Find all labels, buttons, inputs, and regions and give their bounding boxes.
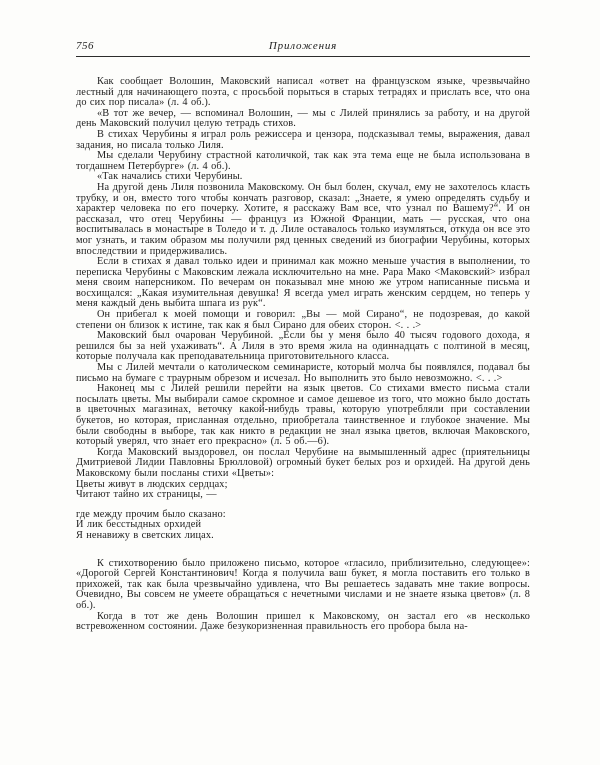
book-page: 756 Приложения Как сообщает Волошин, Мак… bbox=[0, 0, 600, 765]
body-paragraph: В стихах Черубины я играл роль режиссера… bbox=[76, 130, 530, 151]
verse-block: И лик бесстыдных орхидейЯ ненавижу в све… bbox=[76, 520, 530, 541]
body-paragraph: Он прибегал к моей помощи и говорил: „Вы… bbox=[76, 310, 530, 331]
verse-block: Цветы живут в людских сердцах;Читают тай… bbox=[76, 480, 530, 501]
body-paragraph: На другой день Лиля позвонила Маковскому… bbox=[76, 183, 530, 257]
page-body-text: Как сообщает Волошин, Маковский написал … bbox=[76, 77, 530, 633]
body-paragraph: «В тот же вечер, — вспоминал Волошин, — … bbox=[76, 109, 530, 130]
running-head-title: Приложения bbox=[76, 40, 530, 52]
body-paragraph: К стихотворению было приложено письмо, к… bbox=[76, 559, 530, 612]
running-head: 756 Приложения bbox=[76, 40, 530, 57]
body-paragraph: Маковский был очарован Черубиной. „Если … bbox=[76, 331, 530, 363]
body-paragraph: Мы сделали Черубину страстной католичкой… bbox=[76, 151, 530, 172]
body-paragraph: Если в стихах я давал только идеи и прин… bbox=[76, 257, 530, 310]
body-paragraph: Как сообщает Волошин, Маковский написал … bbox=[76, 77, 530, 109]
body-paragraph: Мы с Лилей мечтали о католическом семина… bbox=[76, 363, 530, 384]
body-paragraph: Когда Маковский выздоровел, он послал Че… bbox=[76, 448, 530, 480]
body-paragraph: Наконец мы с Лилей решили перейти на язы… bbox=[76, 384, 530, 448]
verse-line: Читают тайно их страницы, — bbox=[76, 490, 530, 501]
body-paragraph: Когда в тот же день Волошин пришел к Мак… bbox=[76, 612, 530, 633]
verse-line: Я ненавижу в светских лицах. bbox=[76, 531, 530, 542]
